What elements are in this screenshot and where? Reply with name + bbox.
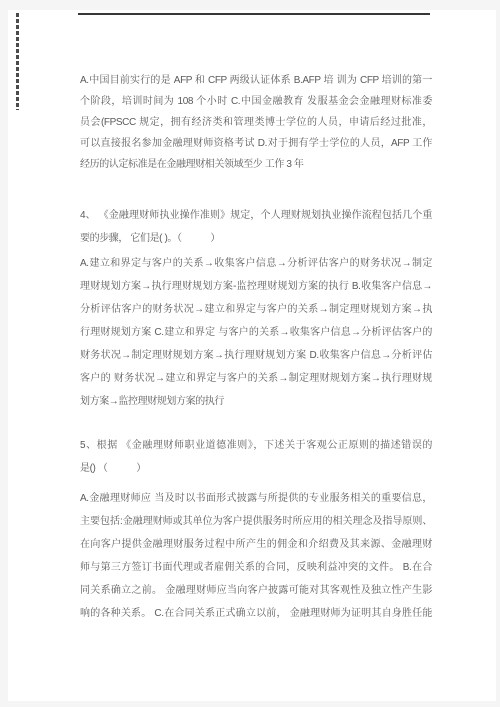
text-line: A.中国目前实行的是 AFP 和 CFP 两级认证体系 B.AFP 培 训为 C… <box>80 70 432 91</box>
document-preview: A.中国目前实行的是 AFP 和 CFP 两级认证体系 B.AFP 培 训为 C… <box>0 0 500 707</box>
text-line: 财务状况→制定理财规划方案→执行理财规划方案 D.收集客户信息→分析评估 <box>80 344 432 367</box>
text-line: 个阶段，培训时间为 108 个小时 C.中国金融教育 发服基金会金融理财标准委 <box>80 91 432 112</box>
question-5-stem: 5、根据 《金融理财师职业道德准则》，下述关于客观公正原则的描述错误的 是() … <box>80 434 432 480</box>
text-line: 分析评估客户的财务状况→建立和界定与客户的关系→制定理财规划方案→执 <box>80 298 432 321</box>
text-line: 客户的 财务状况→建立和界定与客户的关系→制定理财规划方案→执行理财规 <box>80 367 432 390</box>
options-paragraph: A.中国目前实行的是 AFP 和 CFP 两级认证体系 B.AFP 培 训为 C… <box>80 70 432 175</box>
text-line: 要的步骤， 它们是( )。（ ） <box>80 227 432 250</box>
text-line: A.金融理财师应 当及时以书面形式披露与所提供的专业服务相关的重要信息， <box>80 487 432 510</box>
question-4-options: A.建立和界定与客户的关系→收集客户信息→分析评估客户的财务状况→制定 理财规划… <box>80 252 432 413</box>
text-line: 5、根据 《金融理财师职业道德准则》，下述关于客观公正原则的描述错误的 <box>80 434 432 457</box>
text-line: 4、 《金融理财师执业操作准则》规定，个人理财规划执业操作流程包括几个重 <box>80 204 432 227</box>
dashed-border-decoration <box>16 13 19 110</box>
text-line: 主要包括:金融理财师或其单位为客户提供服务时所应用的相关理念及指导原则、 <box>80 510 432 533</box>
horizontal-rule <box>78 13 430 15</box>
text-line: 在向客户提供金融理财服务过程中所产生的佣金和介绍费及其来源、金融理财 <box>80 533 432 556</box>
text-line: 师与第三方签订书面代理或者雇佣关系的合同，反映利益冲突的文件。 B.在合 <box>80 556 432 579</box>
text-line: 响的各种关系。 C.在合同关系正式确立以前， 金融理财师为证明其自身胜任能 <box>80 602 432 625</box>
text-line: 是() （ ） <box>80 457 432 480</box>
text-line: 划方案→监控理财规划方案的执行 <box>80 390 432 413</box>
text-line: 可以直接报名参加金融理财师资格考试 D.对于拥有学士学位的人员，AFP 工作 <box>80 133 432 154</box>
text-line: A.建立和界定与客户的关系→收集客户信息→分析评估客户的财务状况→制定 <box>80 252 432 275</box>
question-4-stem: 4、 《金融理财师执业操作准则》规定，个人理财规划执业操作流程包括几个重 要的步… <box>80 204 432 250</box>
text-line: 行理财规划方案 C.建立和界定 与客户的关系→收集客户信息→分析评估客户的 <box>80 321 432 344</box>
text-line: 理财规划方案→执行理财规划方案-监控理财规划方案的执行 B.收集客户信息→ <box>80 275 432 298</box>
text-line: 经历的认定标准是在金融理财相关领域至少 工作 3 年 <box>80 154 432 175</box>
question-5-options: A.金融理财师应 当及时以书面形式披露与所提供的专业服务相关的重要信息， 主要包… <box>80 487 432 625</box>
text-line: 员会(FPSCC 规定，拥有经济类和管理类博士学位的人员，申请后经过批准， <box>80 112 432 133</box>
text-line: 同关系确立之前。 金融理财师应当向客户披露可能对其客观性及独立性产生影 <box>80 579 432 602</box>
